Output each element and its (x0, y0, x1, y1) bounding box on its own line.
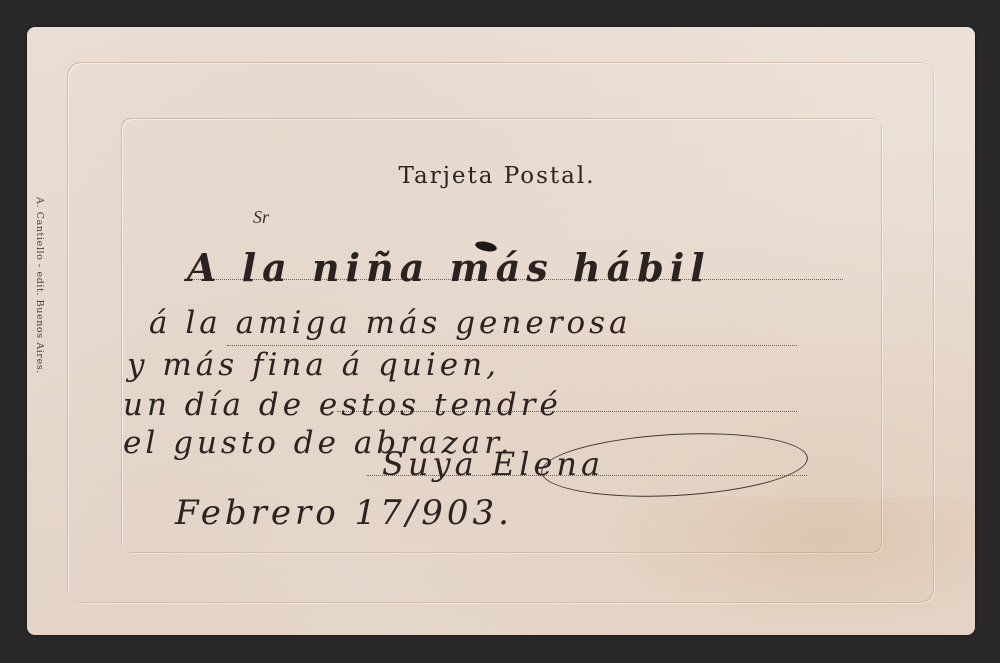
address-label: Sr (253, 207, 269, 228)
postcard: A. Cantiello - edit. Buenos Aires. Tarje… (27, 27, 975, 635)
handwritten-line-4: un día de estos tendré (123, 387, 562, 423)
postcard-title: Tarjeta Postal. (367, 163, 627, 189)
handwritten-line-1: A la niña más hábil (187, 245, 711, 290)
handwritten-date: Febrero 17/903. (175, 493, 513, 533)
publisher-imprint: A. Cantiello - edit. Buenos Aires. (31, 197, 45, 437)
handwritten-line-2: á la amiga más generosa (149, 305, 632, 341)
signature: Suya Elena (382, 445, 604, 483)
address-line-2 (227, 345, 797, 346)
handwritten-line-3: y más fina á quien, (127, 347, 500, 383)
